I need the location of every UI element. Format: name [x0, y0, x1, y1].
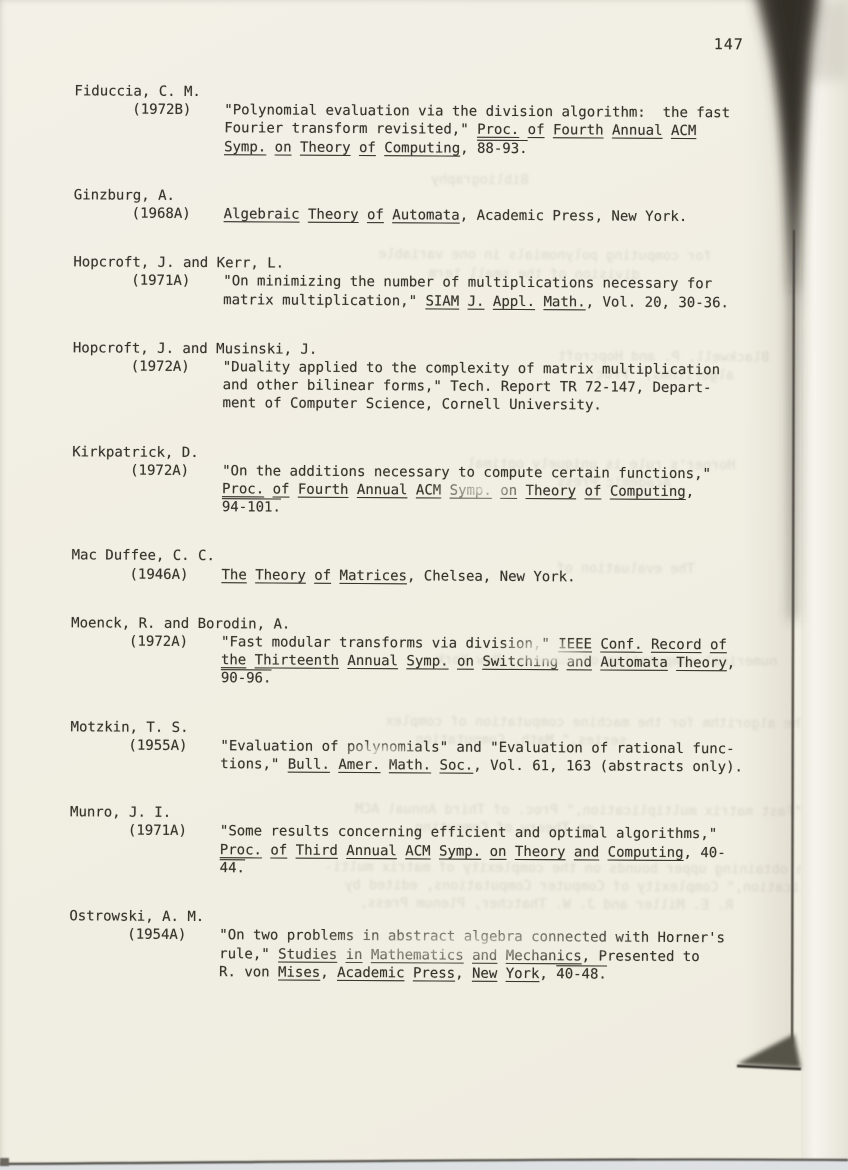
underlined-title-word: ACM [671, 123, 696, 139]
underlined-title-word: SIAM [425, 293, 459, 309]
bib-entry-line: R. von Mises, Academic Press, New York, … [219, 963, 725, 984]
overlined-pages: 88-93. [477, 140, 528, 156]
underlined-title-word: Computing [384, 140, 460, 156]
bib-entry-body: (1972A)"Duality applied to the complexit… [0, 357, 788, 416]
bib-entry-line: Symp. on Theory of Computing, 88-93. [224, 138, 730, 159]
underlined-title-word: Appl. [493, 293, 535, 309]
underlined-title-word: Annual [346, 843, 397, 859]
underlined-title-word: Matrices [339, 568, 407, 584]
underlined-title-word: of [270, 842, 287, 858]
underlined-title-word: New [472, 965, 497, 981]
underlined-title-word: Math. [389, 757, 431, 773]
underlined-title-word: Algebraic [224, 206, 300, 222]
underlined-title-word: ACM [416, 482, 441, 498]
bib-entry: Hopcroft, J. and Musinski, J.(1972A)"Dua… [0, 339, 788, 417]
underlined-title-word: and [567, 655, 592, 671]
bib-entry: Kirkpatrick, D.(1972A)"On the additions … [0, 442, 787, 520]
overlined-pages: 40-48. [556, 966, 607, 982]
underlined-title-word: The [221, 567, 246, 583]
underlined-title-word: Third [296, 842, 338, 858]
underlined-title-word: J. [468, 293, 485, 309]
bib-entry-year: (1946A) [129, 565, 221, 584]
underlined-title-word: Theory [300, 139, 351, 155]
bib-entry-body: (1968A)Algebraic Theory of Automata, Aca… [0, 204, 789, 227]
underlined-title-word: Symp. [406, 654, 448, 670]
bib-entry-text: "Duality applied to the complexity of ma… [222, 358, 720, 416]
overlined-pages: 90-96. [221, 671, 272, 687]
underlined-title-word: Mises [278, 964, 320, 980]
bib-entry-year: (1968A) [132, 205, 224, 224]
bib-entry-year: (1972A) [130, 461, 222, 516]
bib-entry-year: (1972A) [129, 633, 221, 688]
underlined-title-word: Proc. [220, 842, 262, 858]
bibliography: Fiduccia, C. M.(1972B)"Polynomial evalua… [0, 82, 789, 1016]
bib-entry-text: "On the additions necessary to compute c… [222, 462, 711, 520]
bib-entry-body: (1954A)"On two problems in abstract alge… [0, 925, 784, 984]
underlined-title-word: of [367, 207, 384, 223]
underlined-title-word: Theory [308, 207, 359, 223]
bib-entry-body: (1971A)"On minimizing the number of mult… [0, 271, 788, 312]
bib-entry-line: 90-96. [221, 670, 735, 691]
bib-entry-year: (1971A) [128, 822, 220, 877]
underlined-title-word: Fourth [298, 482, 349, 498]
underlined-title-word: Symp. [439, 843, 481, 859]
bib-entry-line: the Thirteenth Annual Symp. on Switching… [221, 651, 735, 672]
bib-entry-text: The Theory of Matrices, Chelsea, New Yor… [221, 566, 575, 586]
underlined-title-word: on [275, 139, 292, 155]
underlined-title-word: Theory [255, 567, 306, 583]
page-number: 147 [714, 35, 744, 53]
underlined-title-word: on [490, 844, 507, 860]
underlined-title-word: Theory [515, 844, 566, 860]
bib-entry: Fiduccia, C. M.(1972B)"Polynomial evalua… [0, 82, 789, 160]
underlined-title-word: of [359, 140, 376, 156]
overlined-pages: 44. [220, 860, 245, 876]
bib-entry-year: (1971A) [131, 272, 223, 309]
underlined-title-word: Annual [347, 653, 398, 669]
underlined-title-word: Symp. [450, 483, 492, 499]
scanned-page: Bibliographyfor computing polynomials in… [0, 0, 848, 1170]
bib-entry: Mac Duffee, C. C.(1946A)The Theory of Ma… [0, 546, 787, 587]
underlined-title-word: Math. [543, 294, 585, 310]
underlined-title-word: Proc. [222, 481, 264, 497]
underlined-title-word: Computing [608, 844, 684, 860]
underlined-title-word: Automata [392, 207, 460, 223]
bib-entry-text: "Evaluation of polynomials" and "Evaluat… [220, 737, 743, 777]
underlined-title-word: of [273, 482, 290, 498]
underlined-title-word: Automata [600, 655, 668, 671]
underlined-title-word: ACM [405, 843, 430, 859]
underlined-title-word: Bull. [288, 757, 330, 773]
underlined-title-word: Studies [278, 946, 337, 962]
bib-entry-line: "On two problems in abstract algebra con… [219, 926, 725, 947]
underlined-title-word: Record [651, 637, 702, 653]
bib-entry-body: (1972A)"On the additions necessary to co… [0, 461, 787, 520]
underlined-title-word: in [346, 946, 363, 962]
underlined-title-word: Proc. [477, 122, 519, 138]
bib-entry-line: matrix multiplication," SIAM J. Appl. Ma… [223, 291, 729, 312]
bib-entry-text: "On minimizing the number of multiplicat… [223, 273, 729, 312]
underlined-title-word: Academic [337, 965, 405, 981]
bib-entry: Munro, J. I.(1971A)"Some results concern… [0, 803, 785, 881]
underlined-title-word: and [574, 844, 599, 860]
bib-entry: Ginzburg, A.(1968A)Algebraic Theory of A… [0, 186, 789, 227]
bib-entry-body: (1972B)"Polynomial evaluation via the di… [0, 100, 789, 159]
underlined-title-word: Soc. [440, 758, 474, 774]
bib-entry-body: (1955A)"Evaluation of polynomials" and "… [0, 736, 785, 777]
underlined-title-word: Annual [612, 123, 663, 139]
bib-entry-year: (1955A) [128, 736, 220, 773]
underlined-title-word: Amer. [338, 757, 380, 773]
underlined-title-word: Computing [610, 484, 686, 500]
bib-entry: Hopcroft, J. and Kerr, L.(1971A)"On mini… [0, 253, 788, 312]
underlined-title-word: Press [413, 965, 455, 981]
bib-entry-line: 44. [220, 859, 726, 880]
underlined-title-word: the [221, 652, 246, 668]
bib-entry-body: (1972A)"Fast modular transforms via divi… [0, 632, 786, 691]
bib-entry-text: Algebraic Theory of Automata, Academic P… [224, 205, 688, 226]
underlined-title-word: Mathematics [371, 947, 464, 964]
bib-entry-line: tions," Bull. Amer. Math. Soc., Vol. 61,… [220, 755, 743, 776]
underlined-title-word: Switching [482, 654, 558, 670]
bib-entry-line: Algebraic Theory of Automata, Academic P… [224, 205, 688, 226]
underlined-title-word: on [500, 483, 517, 499]
underlined-title-word: Thirteenth [255, 653, 339, 670]
bib-entry-line: ment of Computer Science, Cornell Univer… [222, 395, 719, 416]
underlined-title-word: Mechanics [506, 947, 582, 963]
underlined-title-word: of [314, 567, 331, 583]
bib-entry-year: (1954A) [127, 926, 219, 981]
bib-entry-year: (1972A) [130, 358, 222, 413]
underlined-title-word: of [585, 483, 602, 499]
underlined-title-word: Fourth [553, 123, 604, 139]
bib-entry-line: 94-101. [222, 498, 711, 519]
underlined-title-word: of [710, 637, 727, 653]
underlined-title-word: IEEE [558, 636, 592, 652]
underlined-title-word: Theory [526, 483, 577, 499]
bib-entry-body: (1971A)"Some results concerning efficien… [0, 821, 785, 880]
underlined-title-word: and [472, 947, 497, 963]
bib-entry-text: "Polynomial evaluation via the division … [224, 101, 730, 159]
bib-entry: Motzkin, T. S.(1955A)"Evaluation of poly… [0, 717, 786, 776]
bib-entry-text: "Fast modular transforms via division," … [221, 633, 736, 691]
underlined-title-word: Theory [676, 655, 727, 671]
bib-entry-body: (1946A)The Theory of Matrices, Chelsea, … [0, 564, 787, 587]
bib-entry-year: (1972B) [132, 101, 224, 156]
bib-entry: Moenck, R. and Borodin, A.(1972A)"Fast m… [0, 614, 786, 692]
page-content: Bibliographyfor computing polynomials in… [0, 0, 848, 1169]
bib-entry-line: Proc. of Fourth Annual ACM Symp. on Theo… [222, 480, 711, 501]
bib-entry-line: The Theory of Matrices, Chelsea, New Yor… [221, 566, 575, 586]
underlined-title-word: York [506, 966, 540, 982]
bib-entry-line: Proc. of Third Annual ACM Symp. on Theor… [220, 841, 726, 862]
overlined-pages: 94-101. [222, 499, 281, 515]
underlined-title-word: on [457, 654, 474, 670]
underlined-title-word: Annual [357, 482, 408, 498]
underlined-title-word: Symp. [224, 139, 266, 155]
underlined-title-word: of [528, 122, 545, 138]
bib-entry-text: "On two problems in abstract algebra con… [219, 926, 725, 984]
underlined-title-word: Conf. [600, 637, 642, 653]
bib-entry: Ostrowski, A. M.(1954A)"On two problems … [0, 907, 784, 985]
bib-entry-text: "Some results concerning efficient and o… [220, 823, 726, 881]
